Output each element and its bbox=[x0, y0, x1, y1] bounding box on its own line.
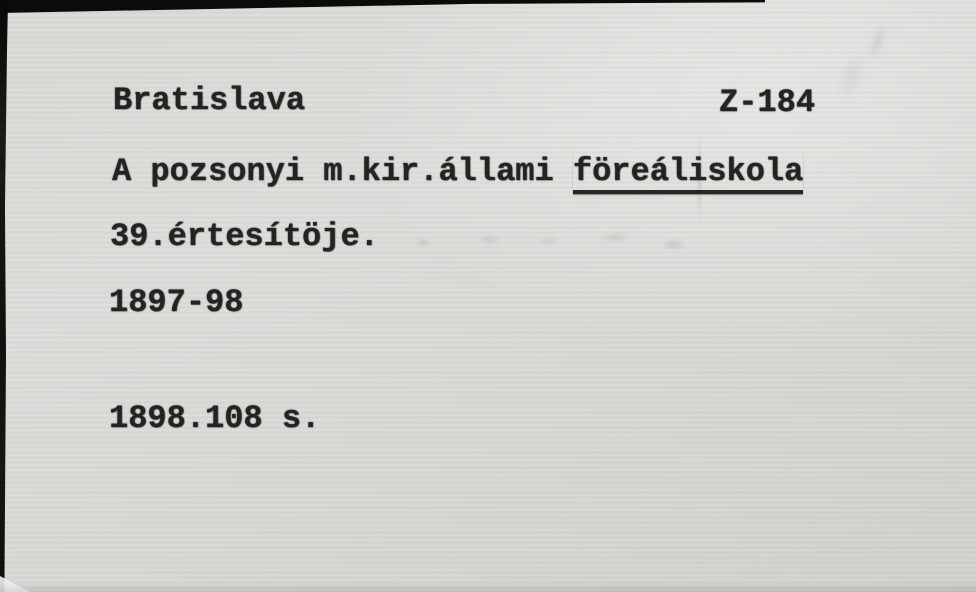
title-underlined-word: föreáliskola bbox=[573, 153, 803, 194]
imprint-line: 1898.108 s. bbox=[109, 403, 320, 435]
title-line: A pozsonyi m.kir.állami föreáliskola bbox=[112, 156, 803, 188]
scan-edge-left bbox=[0, 0, 8, 592]
scan-edge-bottom-shade bbox=[0, 582, 976, 592]
card-heading: Bratislava bbox=[113, 85, 305, 117]
volume-line: 39.értesítöje. bbox=[110, 221, 379, 253]
catalog-card-scan: Bratislava Z-184 A pozsonyi m.kir.állami… bbox=[0, 0, 976, 592]
ghost-offset-smudge bbox=[390, 224, 720, 258]
scan-corner-notch bbox=[0, 576, 30, 592]
call-number: Z-184 bbox=[719, 87, 815, 119]
scan-edge-top bbox=[0, 0, 765, 13]
years-line: 1897-98 bbox=[109, 287, 243, 319]
ink-smudge bbox=[803, 6, 918, 124]
title-prefix: A pozsonyi m.kir.állami bbox=[112, 153, 573, 190]
